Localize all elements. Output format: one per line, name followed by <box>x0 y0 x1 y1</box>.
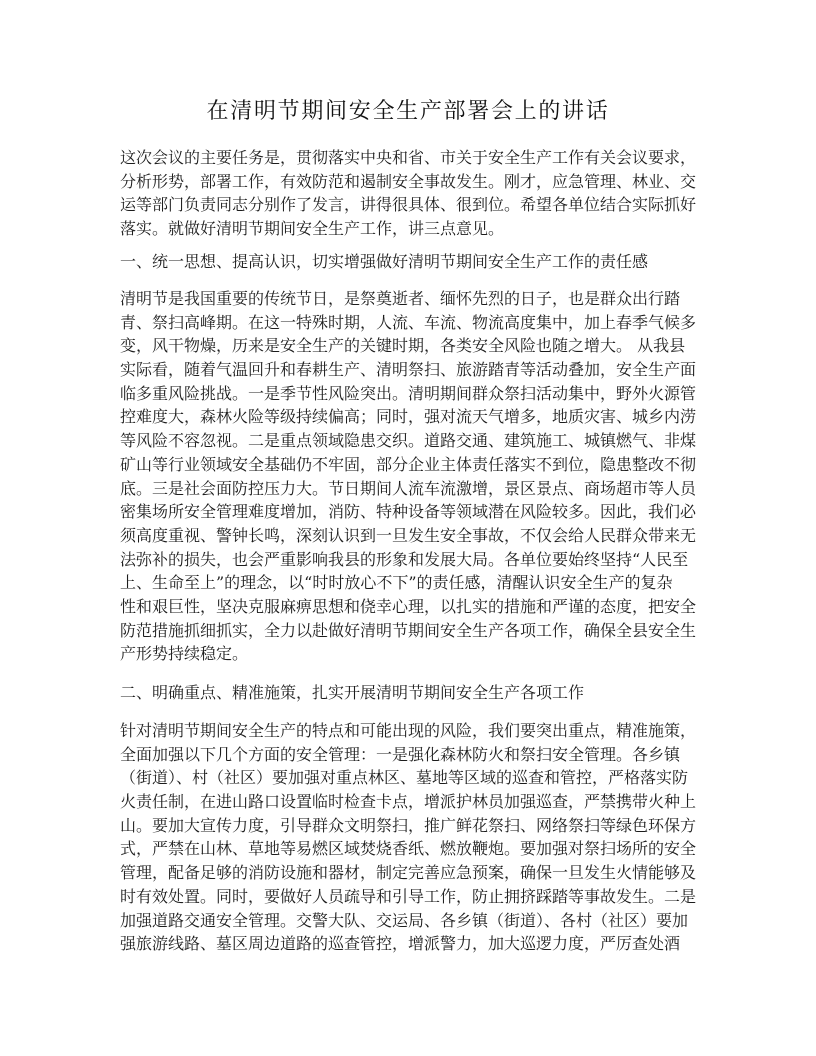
paragraph-line: 法弥补的损失，也会严重影响我县的形象和发展大局。各单位要始终坚持“人民至 <box>120 548 720 572</box>
paragraph-line: 上、生命至上”的理念，以“时时放心不下”的责任感，清醒认识安全生产的复杂 <box>120 571 720 595</box>
document-title: 在清明节期间安全生产部署会上的讲话 <box>0 97 816 127</box>
paragraph-line: 火责任制，在进山路口设置临时检查卡点，增派护林员加强巡查，严禁携带火种上 <box>120 790 720 814</box>
section-heading-text: 二、明确重点、精准施策，扎实开展清明节期间安全生产各项工作 <box>120 681 720 705</box>
section-heading-1: 一、统一思想、提高认识，切实增强做好清明节期间安全生产工作的责任感 <box>120 250 720 274</box>
paragraph-line: 变，风干物燥，历来是安全生产的关键时期，各类安全风险也随之增大。 从我县 <box>120 334 720 358</box>
paragraph-line: 针对清明节期间安全生产的特点和可能出现的风险，我们要突出重点，精准施策， <box>120 719 720 743</box>
paragraph-line: 产形势持续稳定。 <box>120 642 720 666</box>
paragraph-line: 运等部门负责同志分别作了发言，讲得很具体、很到位。希望各单位结合实际抓好 <box>120 193 720 217</box>
paragraph-line: 性和艰巨性，坚决克服麻痹思想和侥幸心理，以扎实的措施和严谨的态度，把安全 <box>120 595 720 619</box>
paragraph-line: 临多重风险挑战。一是季节性风险突出。清明期间群众祭扫活动集中，野外火源管 <box>120 382 720 406</box>
intro-paragraph: 这次会议的主要任务是，贯彻落实中央和省、市关于安全生产工作有关会议要求， 分析形… <box>120 146 720 241</box>
section-heading-text: 一、统一思想、提高认识，切实增强做好清明节期间安全生产工作的责任感 <box>120 250 720 274</box>
paragraph-line: 加强道路交通安全管理。交警大队、交运局、各乡镇（街道）、各村（社区）要加 <box>120 909 720 933</box>
document-page: 在清明节期间安全生产部署会上的讲话 这次会议的主要任务是，贯彻落实中央和省、市关… <box>0 0 816 1056</box>
paragraph-line: 山。要加大宣传力度，引导群众文明祭扫，推广鲜花祭扫、网络祭扫等绿色环保方 <box>120 814 720 838</box>
paragraph-line: 控难度大，森林火险等级持续偏高；同时，强对流天气增多，地质灾害、城乡内涝 <box>120 405 720 429</box>
paragraph-line: 强旅游线路、墓区周边道路的巡查管控，增派警力，加大巡逻力度，严厉查处酒 <box>120 932 720 956</box>
paragraph-line: 实际看，随着气温回升和春耕生产、清明祭扫、旅游踏青等活动叠加，安全生产面 <box>120 358 720 382</box>
paragraph-line: 底。三是社会面防控压力大。节日期间人流车流激增，景区景点、商场超市等人员 <box>120 477 720 501</box>
paragraph-line: 分析形势，部署工作，有效防范和遏制安全事故发生。刚才，应急管理、林业、交 <box>120 170 720 194</box>
paragraph-line: 管理，配备足够的消防设施和器材，制定完善应急预案，确保一旦发生火情能够及 <box>120 861 720 885</box>
paragraph-line: 青、祭扫高峰期。在这一特殊时期，人流、车流、物流高度集中，加上春季气候多 <box>120 311 720 335</box>
paragraph-line: 落实。就做好清明节期间安全生产工作，讲三点意见。 <box>120 217 720 241</box>
paragraph-line: 防范措施抓细抓实，全力以赴做好清明节期间安全生产各项工作，确保全县安全生 <box>120 619 720 643</box>
paragraph-line: 密集场所安全管理难度增加，消防、特种设备等领域潜在风险较多。因此，我们必 <box>120 500 720 524</box>
paragraph-line: 时有效处置。同时，要做好人员疏导和引导工作，防止拥挤踩踏等事故发生。二是 <box>120 885 720 909</box>
paragraph-line: （街道）、村（社区）要加强对重点林区、墓地等区域的巡查和管控，严格落实防 <box>120 766 720 790</box>
section-1-paragraph: 清明节是我国重要的传统节日，是祭奠逝者、缅怀先烈的日子，也是群众出行踏 青、祭扫… <box>120 287 720 666</box>
paragraph-line: 这次会议的主要任务是，贯彻落实中央和省、市关于安全生产工作有关会议要求， <box>120 146 720 170</box>
paragraph-line: 须高度重视、警钟长鸣，深刻认识到一旦发生安全事故，不仅会给人民群众带来无 <box>120 524 720 548</box>
paragraph-line: 式，严禁在山林、草地等易燃区域焚烧香纸、燃放鞭炮。要加强对祭扫场所的安全 <box>120 837 720 861</box>
section-heading-2: 二、明确重点、精准施策，扎实开展清明节期间安全生产各项工作 <box>120 681 720 705</box>
section-2-paragraph: 针对清明节期间安全生产的特点和可能出现的风险，我们要突出重点，精准施策， 全面加… <box>120 719 720 956</box>
paragraph-line: 清明节是我国重要的传统节日，是祭奠逝者、缅怀先烈的日子，也是群众出行踏 <box>120 287 720 311</box>
paragraph-line: 矿山等行业领域安全基础仍不牢固，部分企业主体责任落实不到位，隐患整改不彻 <box>120 453 720 477</box>
paragraph-line: 全面加强以下几个方面的安全管理：一是强化森林防火和祭扫安全管理。各乡镇 <box>120 743 720 767</box>
paragraph-line: 等风险不容忽视。二是重点领域隐患交织。道路交通、建筑施工、城镇燃气、非煤 <box>120 429 720 453</box>
